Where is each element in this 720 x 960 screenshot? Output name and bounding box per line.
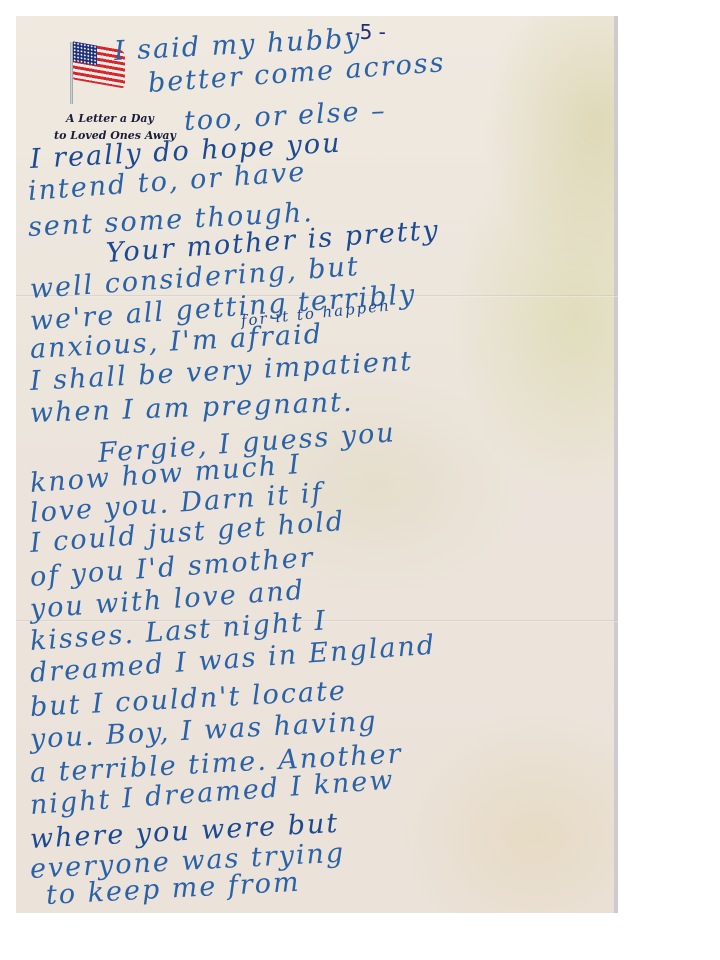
letter-page: - 5 - A Letter a Day to Loved Ones Away … <box>16 16 618 913</box>
tagline-line-1: A Letter a Day <box>54 110 194 127</box>
